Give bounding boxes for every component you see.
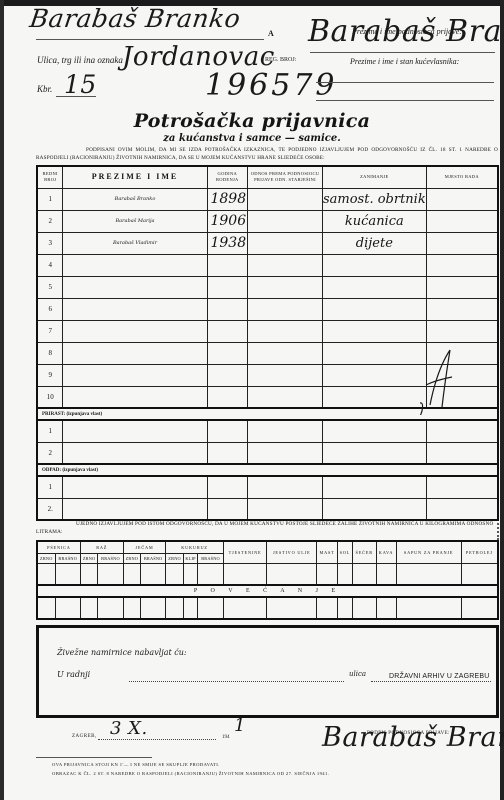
occupation: [322, 254, 426, 276]
house-number-value: 15: [64, 70, 97, 99]
table-row: 4: [37, 254, 498, 276]
birth-year: [207, 320, 248, 342]
stock-increase-values-row: [37, 597, 498, 619]
table-row: 6: [37, 298, 498, 320]
person-name: [63, 364, 207, 386]
stock-sub-flour: BRAŠNO: [98, 553, 123, 563]
owner-line-1: [316, 82, 494, 83]
col-header-occupation: ZANIMANJE: [322, 166, 426, 188]
person-name: [63, 298, 207, 320]
workplace: [426, 188, 498, 210]
birth-year: [207, 386, 248, 408]
person-name: [63, 320, 207, 342]
reg-number-value: 196579: [205, 68, 338, 103]
stock-sub-grain: ZRNO: [123, 553, 140, 563]
occupation: [322, 364, 426, 386]
row-number: 2: [37, 210, 63, 232]
row-number: 1: [37, 420, 63, 442]
stock-sub-grain: ZRNO: [166, 553, 183, 563]
household-header-row: REDNI BROJ PREZIME I IME GODINA RODENJA …: [37, 166, 498, 188]
col-header-no: REDNI BROJ: [37, 166, 63, 188]
document-page: Barabaš Branko A Ulica, trg ili ina ozna…: [0, 0, 504, 800]
shop-street-line: [371, 681, 491, 682]
relation: [248, 210, 323, 232]
official-initials-mark: [420, 345, 460, 415]
supply-box: Živežne namirnice nabavljat ću: U radnji…: [36, 625, 499, 718]
legal-note: OBRAZAC K ČL. 2 ST. 8 NAREDBE O RASPODJE…: [52, 771, 329, 776]
occupation: [322, 320, 426, 342]
increase-row: 1: [37, 420, 498, 442]
stock-col-coffee: KAVA: [376, 541, 396, 563]
relation: [248, 342, 323, 364]
birth-year: 1906: [207, 210, 248, 232]
shop-line: [129, 681, 344, 682]
person-name: [63, 386, 207, 408]
year-prefix: 194: [222, 735, 230, 740]
workplace: [426, 320, 498, 342]
decrease-section-label: ODPAD: (izpunjava vlast): [37, 464, 498, 476]
stock-sub-flour: BRAŠNO: [141, 553, 166, 563]
decrease-row: 2.: [37, 498, 498, 520]
stock-intro-text: UJEDNO IZJAVLJUJEM POD ISTOM ODGOVORNOŠĆ…: [36, 520, 498, 536]
person-name: [63, 276, 207, 298]
relation: [248, 386, 323, 408]
birth-year: [207, 276, 248, 298]
workplace: [426, 254, 498, 276]
occupation: samost. obrtnik: [322, 188, 426, 210]
birth-year: 1898: [207, 188, 248, 210]
section-letter: A: [268, 29, 274, 38]
increase-row: 2: [37, 442, 498, 464]
stock-sub-cob: KLIP: [183, 553, 198, 563]
stock-sub-grain: ZRNO: [37, 553, 55, 563]
stock-values-row: [37, 563, 498, 585]
stock-col-pasta: TJESTENINE: [223, 541, 267, 563]
archive-stamp: DRŽAVNI ARHIV U ZAGREBU: [389, 673, 490, 680]
row-number: 3: [37, 232, 63, 254]
stock-increase-header: P O V E Ć A N J E: [37, 585, 498, 597]
birth-year: 1938: [207, 232, 248, 254]
stock-sub-flour: BRAŠNO: [55, 553, 80, 563]
shop-street-label: ulica: [349, 670, 366, 678]
row-number: 9: [37, 364, 63, 386]
stock-col-sugar: ŠEĆER: [352, 541, 376, 563]
relation: [248, 298, 323, 320]
form-subtitle: za kućanstva i samce — samice.: [0, 133, 504, 144]
relation: [248, 188, 323, 210]
birth-year: [207, 254, 248, 276]
row-number: 10: [37, 386, 63, 408]
footer-rule: [36, 757, 152, 758]
owner-line-2: [316, 100, 494, 101]
stock-group-header-row: PŠENICA RAŽ JEČAM KUKURUZ TJESTENINE JES…: [37, 541, 498, 553]
workplace: [426, 210, 498, 232]
table-row: 1 Barabaš Branko 1898 samost. obrtnik: [37, 188, 498, 210]
row-number: 8: [37, 342, 63, 364]
street-label: Ulica, trg ili ina oznaka: [37, 55, 123, 65]
occupation: kućanica: [322, 210, 426, 232]
stock-col-salt: SOL: [338, 541, 353, 563]
row-number: 5: [37, 276, 63, 298]
form-title: Potrošačka prijavnica: [0, 110, 504, 132]
decrease-row: 1: [37, 476, 498, 498]
date-value: 3 X.: [110, 718, 148, 739]
person-name: Barabaš Branko: [63, 188, 207, 210]
occupation: [322, 342, 426, 364]
supply-label: Živežne namirnice nabavljat ću:: [57, 648, 187, 657]
row-number: 2.: [37, 498, 63, 520]
occupation: [322, 276, 426, 298]
row-number: 1: [37, 188, 63, 210]
shop-label: U radnji: [57, 670, 90, 679]
house-number-label: Kbr.: [37, 84, 52, 94]
stock-group-wheat: PŠENICA: [37, 541, 80, 553]
stock-sub-flour: BRAŠNO: [198, 553, 223, 563]
city-label: ZAGREB,: [72, 734, 97, 739]
applicant-name-handwritten: Barabaš Branko: [28, 4, 242, 33]
table-row: 3 Barabaš Vladimir 1938 dijete: [37, 232, 498, 254]
submitter-underline: [310, 52, 495, 53]
stock-col-petroleum: PETROLEJ: [461, 541, 498, 563]
workplace: [426, 232, 498, 254]
stock-col-lard: MAST: [317, 541, 338, 563]
occupation: [322, 298, 426, 320]
person-name: Barabaš Marija: [63, 210, 207, 232]
person-name: Barabaš Vladimir: [63, 232, 207, 254]
birth-year: [207, 364, 248, 386]
col-header-name: PREZIME I IME: [63, 166, 207, 188]
decrease-section-header: ODPAD: (izpunjava vlast): [37, 464, 498, 476]
reg-number-label: REG. BROJ:: [265, 57, 296, 63]
household-table: REDNI BROJ PREZIME I IME GODINA RODENJA …: [36, 165, 499, 521]
stock-increase-label: P O V E Ć A N J E: [37, 585, 498, 597]
col-header-birth-year: GODINA RODENJA: [207, 166, 248, 188]
year-value: 1: [234, 715, 246, 736]
stock-col-oil: JESTIVO ULJE: [267, 541, 317, 563]
birth-year: [207, 342, 248, 364]
name-underline: [36, 39, 264, 40]
occupation: dijete: [322, 232, 426, 254]
table-row: 7: [37, 320, 498, 342]
owner-label: Prezime i ime i stan kućevlasnika:: [350, 57, 459, 66]
stock-group-rye: RAŽ: [80, 541, 123, 553]
row-number: 4: [37, 254, 63, 276]
table-row: 5: [37, 276, 498, 298]
person-name: [63, 254, 207, 276]
stock-group-barley: JEČAM: [123, 541, 166, 553]
relation: [248, 320, 323, 342]
stock-col-soap: SAPUN ZA PRANJE: [396, 541, 461, 563]
workplace: [426, 276, 498, 298]
workplace: [426, 298, 498, 320]
table-row: 2 Barabaš Marija 1906 kućanica: [37, 210, 498, 232]
relation: [248, 232, 323, 254]
row-number: 1: [37, 476, 63, 498]
row-number: 7: [37, 320, 63, 342]
house-number-underline: [56, 96, 96, 97]
stock-sub-grain: ZRNO: [80, 553, 97, 563]
stock-group-corn: KUKURUZ: [166, 541, 223, 553]
relation: [248, 364, 323, 386]
person-name: [63, 342, 207, 364]
row-number: 6: [37, 298, 63, 320]
col-header-relation: ODNOS PREMA PODNOSIOCU PRIJAVE ODN. STAR…: [248, 166, 323, 188]
form-intro-text: PODPISANI OVIM MOLIM, DA MI SE IZDA POTR…: [36, 146, 498, 162]
relation: [248, 276, 323, 298]
relation: [248, 254, 323, 276]
row-number: 2: [37, 442, 63, 464]
applicant-signature: Barabaš Branko: [322, 722, 504, 753]
price-note: OVA PRIJAVNICA STOJI KN 1'— I NE SMIJE S…: [52, 762, 220, 767]
submitter-label: Prezime i ime podnosioca prijave:: [352, 27, 462, 36]
col-header-workplace: MJESTO RADA: [426, 166, 498, 188]
birth-year: [207, 298, 248, 320]
occupation: [322, 386, 426, 408]
date-line: [98, 739, 216, 740]
stock-table: PŠENICA RAŽ JEČAM KUKURUZ TJESTENINE JES…: [36, 540, 499, 620]
